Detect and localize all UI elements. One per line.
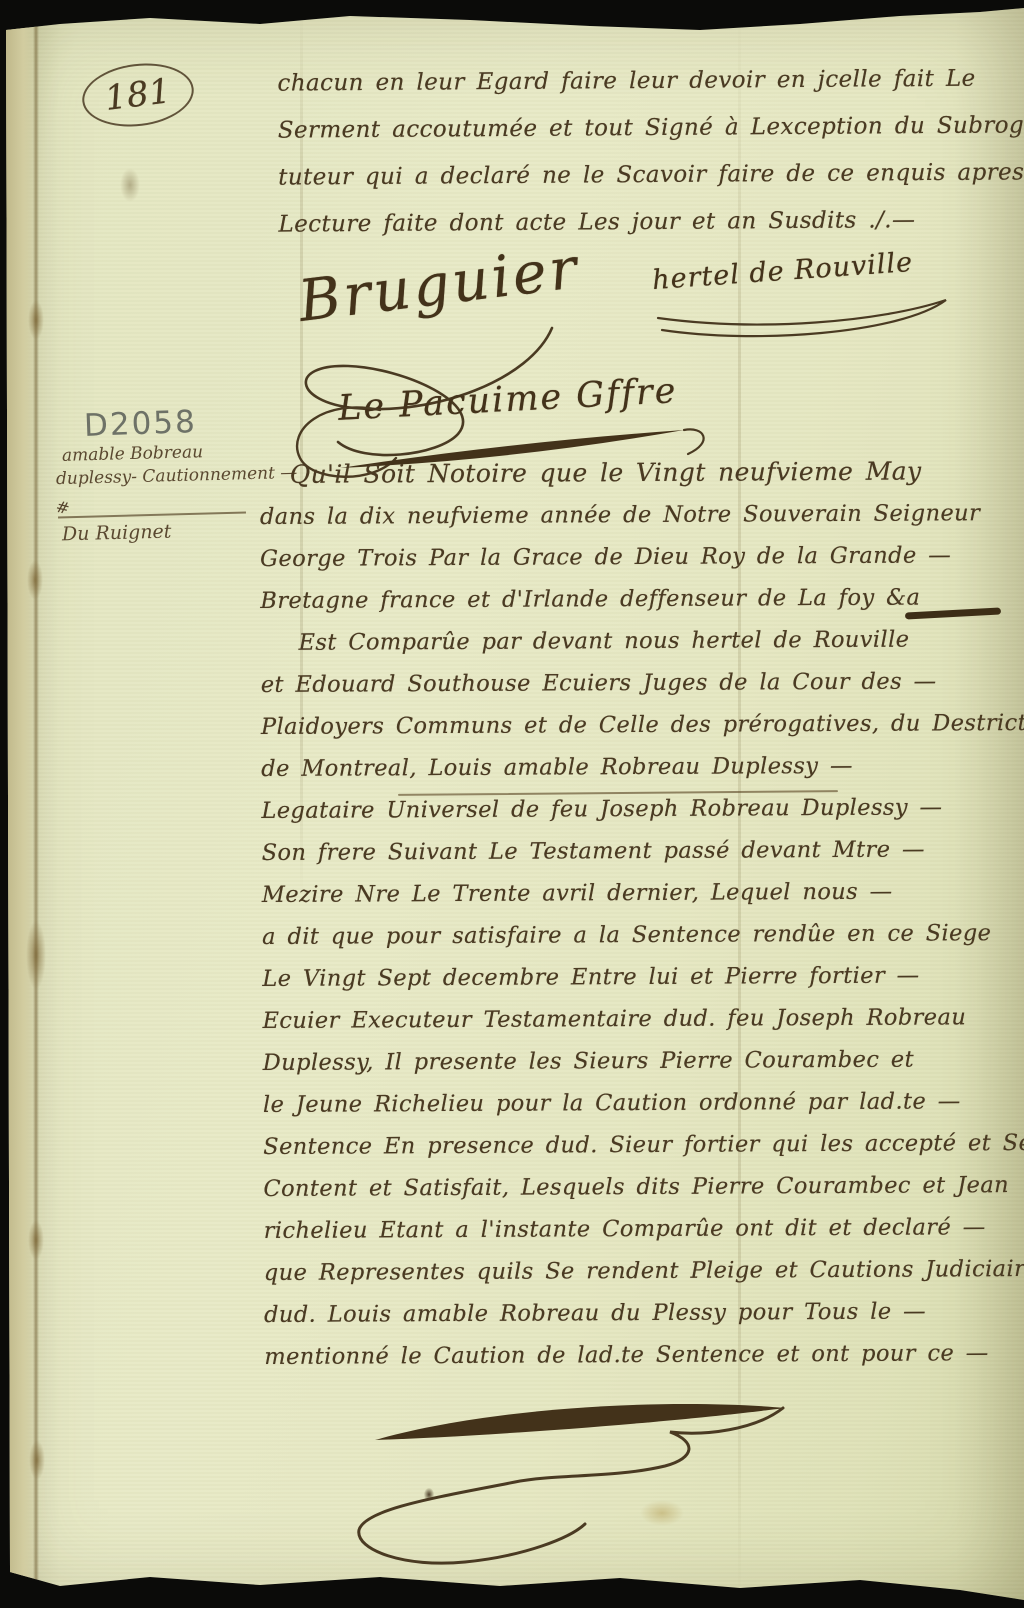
margin-hash-mark: # bbox=[54, 497, 72, 519]
paper-stain bbox=[120, 168, 140, 202]
manuscript-line: Est Comparûe par devant nous hertel de R… bbox=[260, 618, 1016, 664]
act-body: Qu'il Soit Notoire que le Vingt neufviem… bbox=[260, 450, 1021, 1378]
manuscript-line: Qu'il Soit Notoire que le Vingt neufviem… bbox=[260, 450, 1016, 496]
binding-knot bbox=[29, 1440, 45, 1480]
signature-clerk-greffier: Le Pacuime Gffre bbox=[337, 371, 678, 429]
name-underline bbox=[398, 790, 838, 796]
manuscript-line: dud. Louis amable Robreau du Plessy pour… bbox=[264, 1290, 1020, 1336]
manuscript-line: chacun en leur Egard faire leur devoir e… bbox=[277, 55, 1013, 107]
binding-knot bbox=[27, 560, 43, 600]
signature-judge-bruguier: Bruguier bbox=[295, 235, 583, 335]
fold-line bbox=[300, 0, 303, 900]
ink-spot bbox=[424, 1488, 434, 1501]
binding-crease bbox=[33, 22, 39, 1588]
margin-note: duplessy- Cautionnement — bbox=[56, 463, 298, 489]
manuscript-line: dans la dix neufvieme année de Notre Sou… bbox=[260, 492, 1016, 538]
manuscript-line: Lecture faite dont acte Les jour et an S… bbox=[278, 196, 1014, 248]
manuscript-line: mentionné le Caution de lad.te Sentence … bbox=[264, 1332, 1020, 1378]
manuscript-line: Plaidoyers Communs et de Celle des préro… bbox=[261, 702, 1017, 748]
manuscript-line: a dit que pour satisfaire a la Sentence … bbox=[262, 912, 1018, 958]
binding-knot bbox=[26, 920, 46, 990]
manuscript-line: Son frere Suivant Le Testament passé dev… bbox=[262, 828, 1018, 874]
signature-flourish-rouville bbox=[648, 292, 958, 347]
closing-paragraph: chacun en leur Egard faire leur devoir e… bbox=[277, 55, 1014, 248]
paper-stain bbox=[640, 1500, 684, 1526]
manuscript-line: Sentence En presence dud. Sieur fortier … bbox=[263, 1122, 1019, 1168]
margin-divider-line bbox=[58, 512, 246, 519]
fold-line bbox=[738, 0, 741, 1608]
manuscript-line: Content et Satisfait, Lesquels dits Pier… bbox=[263, 1164, 1019, 1210]
margin-note: Du Ruignet bbox=[62, 521, 172, 546]
binding-knot bbox=[28, 300, 44, 340]
manuscript-line: Duplessy, Il presente les Sieurs Pierre … bbox=[263, 1038, 1019, 1084]
etcetera-pen-stroke bbox=[905, 607, 1001, 619]
margin-note: amable Bobreau bbox=[62, 442, 204, 466]
manuscript-line: Le Vingt Sept decembre Entre lui et Pier… bbox=[262, 954, 1018, 1000]
manuscript-line: George Trois Par la Grace de Dieu Roy de… bbox=[260, 534, 1016, 580]
manuscript-line: Ecuier Executeur Testamentaire dud. feu … bbox=[262, 996, 1018, 1042]
signature-flourish-clerk bbox=[282, 400, 712, 492]
manuscript-line: Bretagne france et d'Irlande deffenseur … bbox=[260, 576, 1016, 622]
manuscript-line: richelieu Etant a l'instante Comparûe on… bbox=[264, 1206, 1020, 1252]
paper-sheet: 181 chacun en leur Egard faire leur devo… bbox=[0, 0, 1024, 1608]
signature-flourish-bruguier bbox=[252, 322, 582, 482]
signature-judge-rouville: hertel de Rouville bbox=[651, 247, 914, 296]
manuscript-line: tuteur qui a declaré ne le Scavoir faire… bbox=[278, 149, 1014, 201]
closing-paraph-flourish bbox=[345, 1378, 815, 1578]
scanned-manuscript-page: 181 chacun en leur Egard faire leur devo… bbox=[0, 0, 1024, 1608]
manuscript-line: que Representes quils Se rendent Pleige … bbox=[264, 1248, 1020, 1294]
binding-knot bbox=[28, 1220, 44, 1260]
manuscript-line: de Montreal, Louis amable Robreau Duples… bbox=[261, 744, 1017, 790]
manuscript-line: le Jeune Richelieu pour la Caution ordon… bbox=[263, 1080, 1019, 1126]
manuscript-line: Serment accoutumée et tout Signé à Lexce… bbox=[278, 102, 1014, 154]
manuscript-line: Legataire Universel de feu Joseph Robrea… bbox=[261, 786, 1017, 832]
page-number: 181 bbox=[79, 57, 198, 132]
manuscript-line: et Edouard Southouse Ecuiers Juges de la… bbox=[261, 660, 1017, 706]
archive-reference-pencil: D2058 bbox=[83, 404, 197, 444]
binding-gutter bbox=[6, 20, 38, 1590]
manuscript-line: Mezire Nre Le Trente avril dernier, Lequ… bbox=[262, 870, 1018, 916]
